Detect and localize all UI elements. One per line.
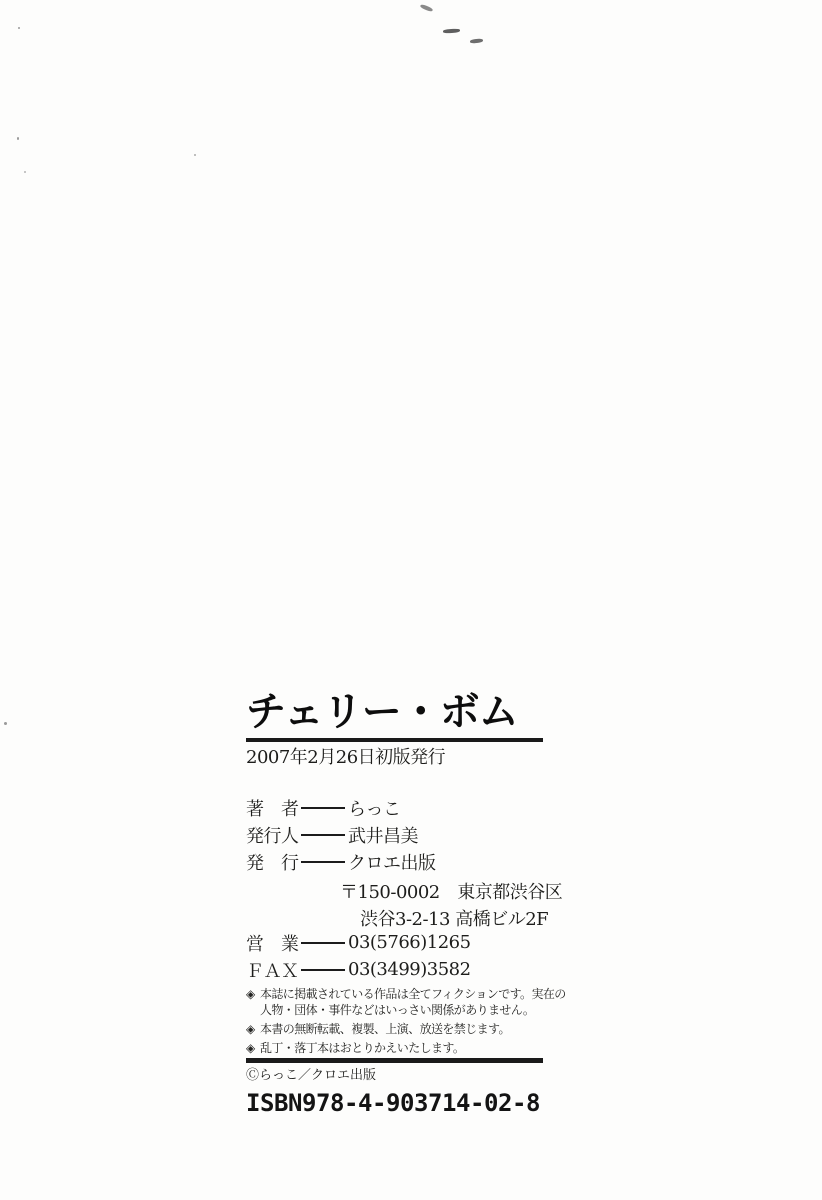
footer-divider bbox=[246, 1058, 543, 1063]
scan-speck-4 bbox=[24, 171, 26, 173]
notice-fiction: ◈ 本誌に掲載されている作品は全てフィクションです。実在の bbox=[246, 986, 544, 1002]
issuer-label: 発行人 bbox=[246, 822, 300, 848]
isbn-number: ISBN978-4-903714-02-8 bbox=[246, 1092, 544, 1114]
scan-smudge-1 bbox=[420, 4, 434, 13]
scan-speck-3 bbox=[194, 154, 196, 156]
notice-defective-text: 乱丁・落丁本はおとりかえいたします。 bbox=[260, 1040, 464, 1056]
author-label: 著 者 bbox=[246, 795, 300, 821]
leader-dash bbox=[301, 942, 345, 944]
notice-fiction-line2: 人物・団体・事件などはいっさい関係がありません。 bbox=[246, 1002, 544, 1018]
publisher-value: クロエ出版 bbox=[348, 849, 436, 875]
diamond-bullet-icon: ◈ bbox=[246, 1040, 260, 1056]
scan-speck-5 bbox=[4, 722, 7, 725]
leader-dash bbox=[301, 834, 345, 836]
edition-date: 2007年2月26日初版発行 bbox=[246, 746, 544, 770]
address-line: 渋谷3-2-13 高橋ビル2F bbox=[246, 905, 544, 926]
colophon-block: チェリー・ボム 2007年2月26日初版発行 著 者 らっこ 発行人 武井昌美 … bbox=[246, 688, 544, 1114]
leader-dash bbox=[301, 861, 345, 863]
sales-label: 営 業 bbox=[246, 930, 300, 956]
publisher-label: 発 行 bbox=[246, 849, 300, 875]
scan-speck-1 bbox=[18, 27, 20, 29]
title-divider bbox=[246, 738, 543, 742]
copyright-line: Ⓒらっこ／クロエ出版 bbox=[246, 1068, 544, 1084]
notice-reproduction-text: 本書の無断転載、複製、上演、放送を禁じます。 bbox=[260, 1021, 510, 1037]
colophon-page: チェリー・ボム 2007年2月26日初版発行 著 者 らっこ 発行人 武井昌美 … bbox=[0, 0, 822, 1200]
scan-speck-2 bbox=[17, 137, 19, 140]
author-value: らっこ bbox=[348, 795, 401, 821]
scan-smudge-3 bbox=[470, 38, 483, 43]
leader-dash bbox=[301, 969, 345, 971]
fax-value: 03(3499)3582 bbox=[348, 959, 471, 980]
sales-value: 03(5766)1265 bbox=[348, 932, 471, 953]
issuer-value: 武井昌美 bbox=[348, 822, 418, 848]
fax-row: ＦＡＸ 03(3499)3582 bbox=[246, 959, 544, 980]
issuer-row: 発行人 武井昌美 bbox=[246, 824, 544, 845]
notice-reproduction: ◈ 本書の無断転載、複製、上演、放送を禁じます。 bbox=[246, 1021, 544, 1037]
diamond-bullet-icon: ◈ bbox=[246, 1021, 260, 1037]
diamond-bullet-icon: ◈ bbox=[246, 986, 260, 1002]
publisher-row: 発 行 クロエ出版 bbox=[246, 851, 544, 872]
book-title: チェリー・ボム bbox=[246, 688, 544, 736]
author-row: 著 者 らっこ bbox=[246, 797, 544, 818]
notice-fiction-line1: 本誌に掲載されている作品は全てフィクションです。実在の bbox=[260, 986, 566, 1002]
scan-smudge-2 bbox=[443, 28, 460, 33]
postal-line: 〒150-0002 東京都渋谷区 bbox=[246, 878, 544, 899]
notice-defective: ◈ 乱丁・落丁本はおとりかえいたします。 bbox=[246, 1040, 544, 1056]
legal-notices: ◈ 本誌に掲載されている作品は全てフィクションです。実在の 人物・団体・事件など… bbox=[246, 986, 544, 1056]
sales-row: 営 業 03(5766)1265 bbox=[246, 932, 544, 953]
fax-label: ＦＡＸ bbox=[246, 957, 300, 983]
publication-info: 著 者 らっこ 発行人 武井昌美 発 行 クロエ出版 〒150-0002 東京都… bbox=[246, 797, 544, 980]
leader-dash bbox=[301, 807, 345, 809]
